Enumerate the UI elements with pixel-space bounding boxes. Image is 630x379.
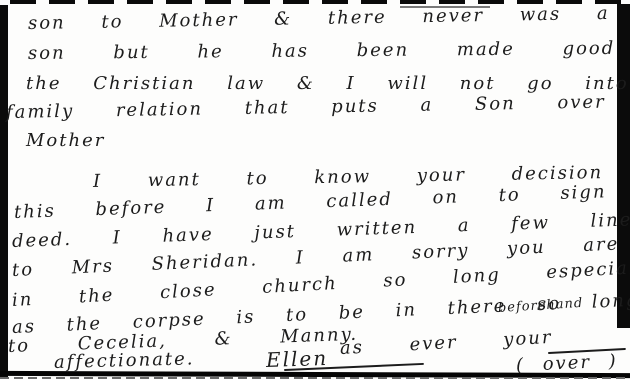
handwritten-line-4: family relation that puts a Son over his <box>6 90 630 123</box>
scanned-letter-page: son to Mother & there never was a better… <box>0 0 630 379</box>
handwritten-line-2: son but he has been made good by <box>28 37 630 64</box>
handwritten-line-3: the Christian law & I will not go into a <box>26 73 630 94</box>
scan-edge-left <box>0 5 8 379</box>
handwritten-line-1: son to Mother & there never was a better <box>28 1 630 34</box>
over-note: ( over ) <box>516 351 619 376</box>
handwritten-line-5: Mother <box>26 130 105 151</box>
closing-affectionate: affectionate. <box>54 348 195 373</box>
